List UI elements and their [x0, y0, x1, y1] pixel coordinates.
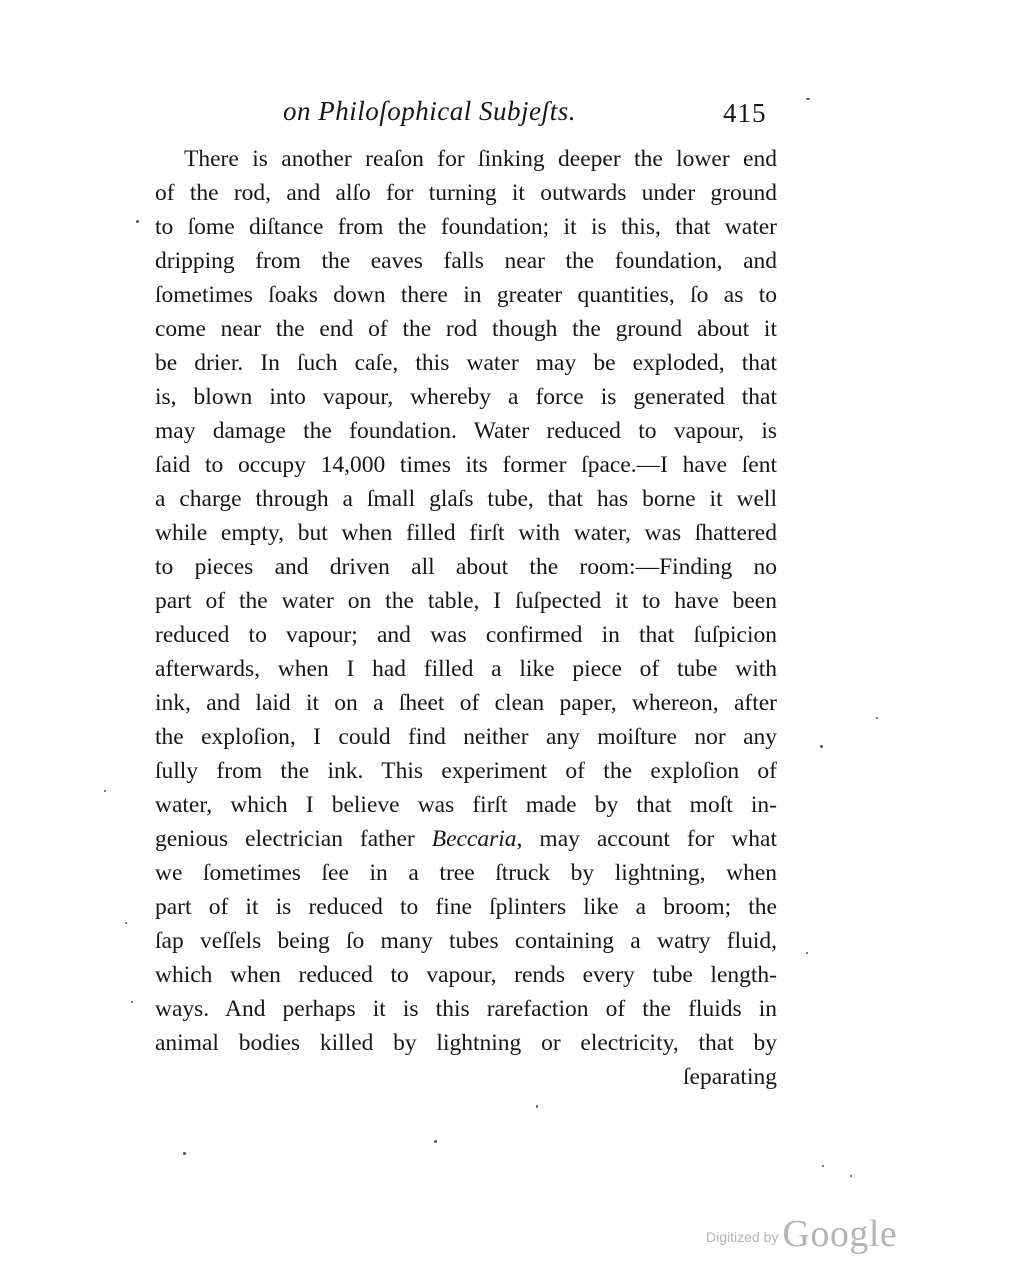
- scan-speck: [104, 790, 106, 792]
- scan-speck: [125, 922, 127, 924]
- scan-speck: [822, 1165, 824, 1167]
- text-line: animal bodies killed by lightning or ele…: [155, 1026, 777, 1060]
- text-line: There is another reaſon for ſinking deep…: [155, 142, 777, 176]
- text-line: ſap veſſels being ſo many tubes containi…: [155, 924, 777, 958]
- text-line: while empty, but when filled firſt with …: [155, 516, 777, 550]
- scan-speck: [820, 745, 823, 748]
- text-segment: , may account for what: [517, 826, 777, 852]
- text-line: water, which I believe was firſt made by…: [155, 788, 777, 822]
- text-line: be drier. In ſuch caſe, this water may b…: [155, 346, 777, 380]
- running-head: on Philoſophical Subjeʃts. 415: [283, 96, 793, 132]
- text-line: afterwards, when I had filled a like pie…: [155, 652, 777, 686]
- text-line: of the rod, and alſo for turning it outw…: [155, 176, 777, 210]
- text-line: genious electrician father Beccaria, may…: [155, 822, 777, 856]
- text-line: ſaid to occupy 14,000 times its former ſ…: [155, 448, 777, 482]
- text-line: ink, and laid it on a ſheet of clean pap…: [155, 686, 777, 720]
- text-line: come near the end of the rod though the …: [155, 312, 777, 346]
- text-line: part of it is reduced to fine ſplinters …: [155, 890, 777, 924]
- page-number: 415: [723, 98, 767, 129]
- running-title: on Philoſophical Subjeʃts.: [283, 96, 576, 127]
- text-line: ſully from the ink. This experiment of t…: [155, 754, 777, 788]
- text-line: dripping from the eaves falls near the f…: [155, 244, 777, 278]
- text-line: is, blown into vapour, whereby a force i…: [155, 380, 777, 414]
- text-line: part of the water on the table, I ſuſpec…: [155, 584, 777, 618]
- text-line: may damage the foundation. Water reduced…: [155, 414, 777, 448]
- google-logo-text: Google: [782, 1213, 897, 1255]
- digitized-by-google-watermark: Digitized by Google: [706, 1212, 897, 1256]
- italic-name: Beccaria: [432, 826, 517, 852]
- text-line: to pieces and driven all about the room:…: [155, 550, 777, 584]
- text-line: the exploſion, I could find neither any …: [155, 720, 777, 754]
- body-text: There is another reaſon for ſinking deep…: [155, 142, 777, 1094]
- scan-speck: [806, 98, 810, 100]
- scan-speck: [876, 717, 878, 719]
- text-line: which when reduced to vapour, rends ever…: [155, 958, 777, 992]
- scan-speck: [536, 1105, 538, 1108]
- catchword: ſeparating: [155, 1060, 777, 1094]
- text-line: ways. And perhaps it is this rarefaction…: [155, 992, 777, 1026]
- text-segment: genious electrician father: [155, 826, 432, 852]
- text-line: ſometimes ſoaks down there in greater qu…: [155, 278, 777, 312]
- scan-speck: [131, 1001, 133, 1003]
- text-line: a charge through a ſmall glaſs tube, tha…: [155, 482, 777, 516]
- text-line: reduced to vapour; and was confirmed in …: [155, 618, 777, 652]
- scan-speck: [434, 1140, 437, 1143]
- scan-speck: [850, 1175, 852, 1177]
- scan-speck: [806, 952, 808, 954]
- text-line: we ſometimes ſee in a tree ſtruck by lig…: [155, 856, 777, 890]
- scan-speck: [136, 220, 139, 223]
- text-line: to ſome diſtance from the foundation; it…: [155, 210, 777, 244]
- scan-speck: [183, 1152, 186, 1155]
- watermark-prefix: Digitized by: [706, 1229, 778, 1245]
